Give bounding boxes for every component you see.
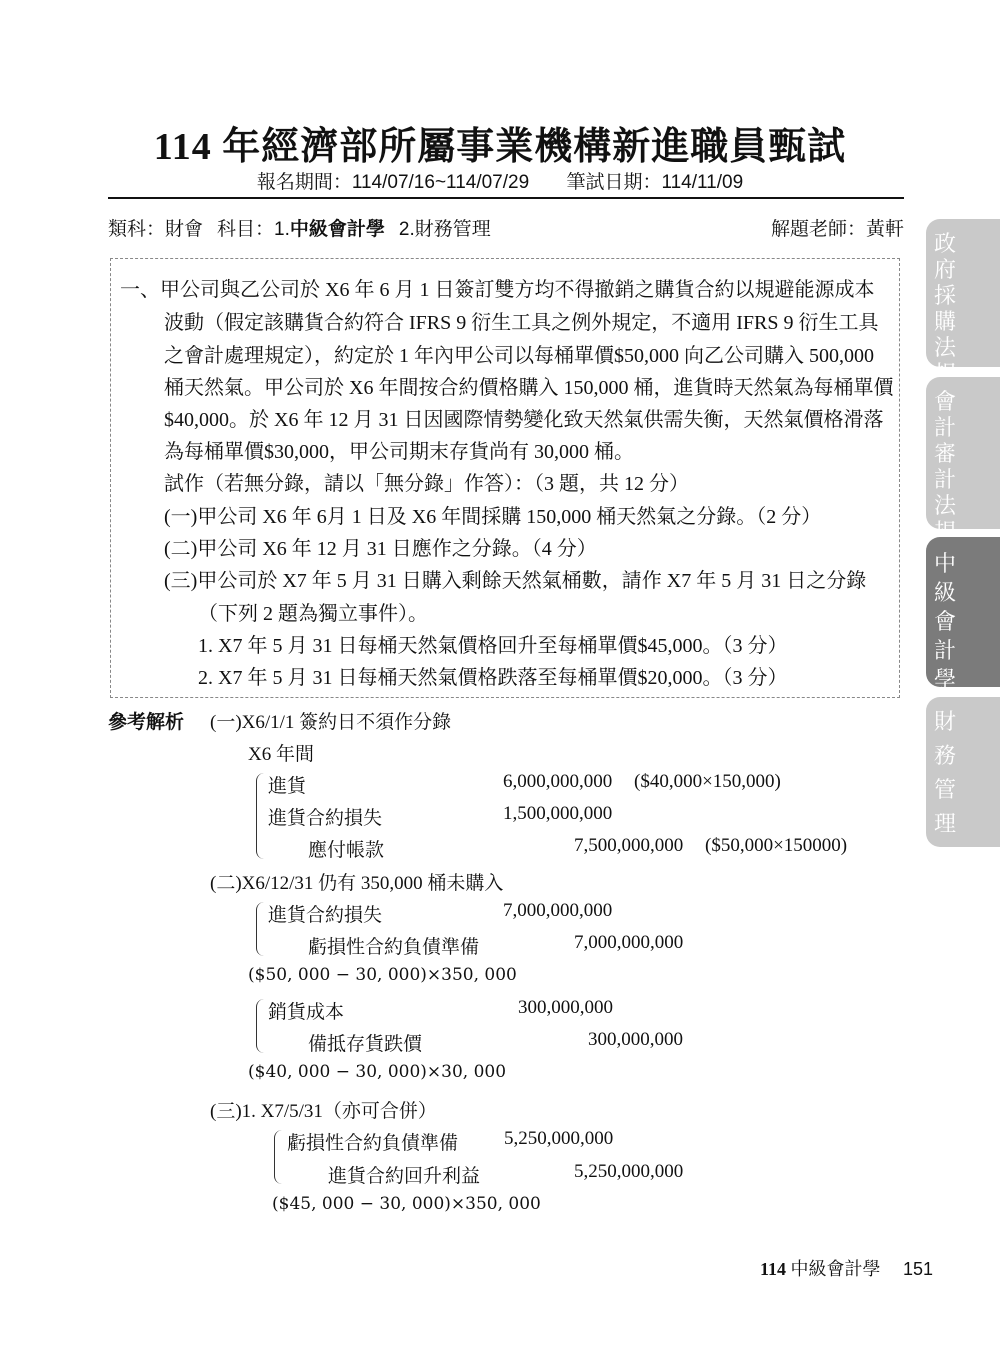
footer-book-subject: 中級會計學 — [791, 1259, 881, 1279]
tab-char: 中 — [934, 549, 956, 578]
header-divider — [108, 197, 904, 199]
journal-brace — [256, 999, 266, 1053]
tab-char: 採 — [934, 283, 956, 309]
tab-char: 政 — [934, 231, 956, 257]
page-number: 151 — [903, 1259, 933, 1279]
journal-note: ($50,000×150000) — [705, 835, 847, 857]
journal-brace — [256, 902, 266, 956]
calculation-formula: ($50, 000 − 30, 000)×350, 000 — [248, 965, 517, 985]
journal-account: 應付帳款 — [308, 835, 384, 862]
journal-account: 進貨合約損失 — [268, 803, 382, 830]
question-line: 一、甲公司與乙公司於 X6 年 6 月 1 日簽訂雙方均不得撤銷之購貨合約以規避… — [120, 273, 874, 302]
tab-char: 審 — [934, 441, 956, 467]
question-line: 波動（假定該購貨合約符合 IFRS 9 衍生工具之例外規定，不適用 IFRS 9… — [164, 306, 879, 335]
question-line: 桶天然氣。甲公司於 X6 年間按合約價格購入 150,000 桶，進貨時天然氣為… — [164, 371, 893, 400]
journal-credit: 300,000,000 — [588, 1029, 683, 1051]
teacher: 解題老師：黃軒 — [771, 214, 904, 241]
journal-debit: 300,000,000 — [518, 997, 613, 1019]
answer-part-1-heading: (一)X6/1/1 簽約日不須作分錄 — [210, 707, 451, 734]
answer-part-2-heading: (二)X6/12/31 仍有 350,000 桶未購入 — [210, 868, 503, 895]
journal-account: 進貨合約損失 — [268, 900, 382, 927]
answer-part-1-sub: X6 年間 — [248, 739, 314, 766]
tab-char: 會 — [934, 607, 956, 636]
journal-account: 進貨 — [268, 771, 306, 798]
tab-char: 理 — [934, 807, 956, 841]
tab-char: 計 — [934, 467, 956, 493]
question-part-1: (一)甲公司 X6 年 6月 1 日及 X6 年間採購 150,000 桶天然氣… — [164, 500, 821, 529]
tab-char: 法 — [934, 493, 956, 519]
calculation-formula: ($45, 000 − 30, 000)×350, 000 — [272, 1194, 541, 1214]
journal-debit: 7,000,000,000 — [503, 900, 612, 922]
journal-credit: 7,000,000,000 — [574, 932, 683, 954]
tab-char: 管 — [934, 773, 956, 807]
tab-char: 購 — [934, 309, 956, 335]
tab-char: 務 — [934, 739, 956, 773]
tab-char: 法 — [934, 335, 956, 361]
side-tab-government-procurement[interactable]: 政 府 採 購 法 規 — [926, 219, 1000, 367]
page-title: 114 年經濟部所屬事業機構新進職員甄試 — [0, 115, 1000, 170]
tab-char: 府 — [934, 257, 956, 283]
question-line: 為每桶單價$30,000，甲公司期末存貨尚有 30,000 桶。 — [164, 435, 634, 464]
question-line: 之會計處理規定），約定於 1 年內甲公司以每桶單價$50,000 向乙公司購入 … — [164, 339, 874, 368]
journal-credit: 7,500,000,000 — [574, 835, 683, 857]
tab-char: 會 — [934, 389, 956, 415]
question-part-3-case-2: 2. X7 年 5 月 31 日每桶天然氣價格跌落至每桶單價$20,000。（3… — [198, 661, 787, 690]
journal-credit: 5,250,000,000 — [574, 1161, 683, 1183]
category: 類科：財會 — [108, 219, 203, 240]
journal-account: 備抵存貨跌價 — [308, 1029, 422, 1056]
answer-label: 參考解析 — [108, 707, 184, 734]
answer-part-3-heading: (三)1. X7/5/31（亦可合併） — [210, 1096, 437, 1123]
journal-account: 虧損性合約負債準備 — [308, 932, 479, 959]
tab-char: 級 — [934, 578, 956, 607]
question-part-3-note: （下列 2 題為獨立事件）。 — [198, 597, 428, 626]
registration-period: 報名期間：114/07/16~114/07/29 — [257, 172, 529, 193]
question-instruction: 試作（若無分錄，請以「無分錄」作答）：（3 題，共 12 分） — [164, 467, 689, 496]
exam-date: 筆試日期：114/11/09 — [566, 172, 743, 193]
subject-info: 類科：財會科目：1.中級會計學2.財務管理 — [108, 214, 491, 241]
tab-char: 計 — [934, 636, 956, 665]
exam-dates: 報名期間：114/07/16~114/07/29 筆試日期：114/11/09 — [0, 167, 1000, 194]
journal-account: 銷貨成本 — [268, 997, 344, 1024]
journal-note: ($40,000×150,000) — [634, 771, 781, 793]
question-part-3: (三)甲公司於 X7 年 5 月 31 日購入剩餘天然氣桶數，請作 X7 年 5… — [164, 564, 866, 593]
journal-debit: 1,500,000,000 — [503, 803, 612, 825]
side-tab-audit-law[interactable]: 會 計 審 計 法 規 — [926, 377, 1000, 529]
side-tab-intermediate-accounting[interactable]: 中 級 會 計 學 — [926, 537, 1000, 687]
journal-account: 進貨合約回升利益 — [328, 1161, 480, 1188]
journal-brace — [274, 1130, 284, 1184]
footer-book-number: 114 — [760, 1259, 786, 1279]
page-footer: 114 中級會計學 151 — [760, 1255, 933, 1281]
tab-char: 計 — [934, 415, 956, 441]
subject-1: 中級會計學 — [290, 219, 385, 240]
journal-debit: 5,250,000,000 — [504, 1128, 613, 1150]
side-tab-financial-management[interactable]: 財 務 管 理 — [926, 697, 1000, 847]
subject-2: 2.財務管理 — [399, 219, 491, 240]
journal-debit: 6,000,000,000 — [503, 771, 612, 793]
subject-prefix: 科目：1. — [217, 219, 290, 240]
journal-brace — [256, 773, 266, 859]
journal-account: 虧損性合約負債準備 — [287, 1128, 458, 1155]
question-part-2: (二)甲公司 X6 年 12 月 31 日應作之分錄。（4 分） — [164, 532, 597, 561]
tab-char: 財 — [934, 705, 956, 739]
tab-char: 學 — [934, 665, 956, 694]
calculation-formula: ($40, 000 − 30, 000)×30, 000 — [248, 1062, 506, 1082]
question-part-3-case-1: 1. X7 年 5 月 31 日每桶天然氣價格回升至每桶單價$45,000。（3… — [198, 629, 787, 658]
meta-row: 類科：財會科目：1.中級會計學2.財務管理 解題老師：黃軒 — [108, 214, 904, 241]
question-line: $40,000。於 X6 年 12 月 31 日因國際情勢變化致天然氣供需失衡，… — [164, 403, 883, 432]
